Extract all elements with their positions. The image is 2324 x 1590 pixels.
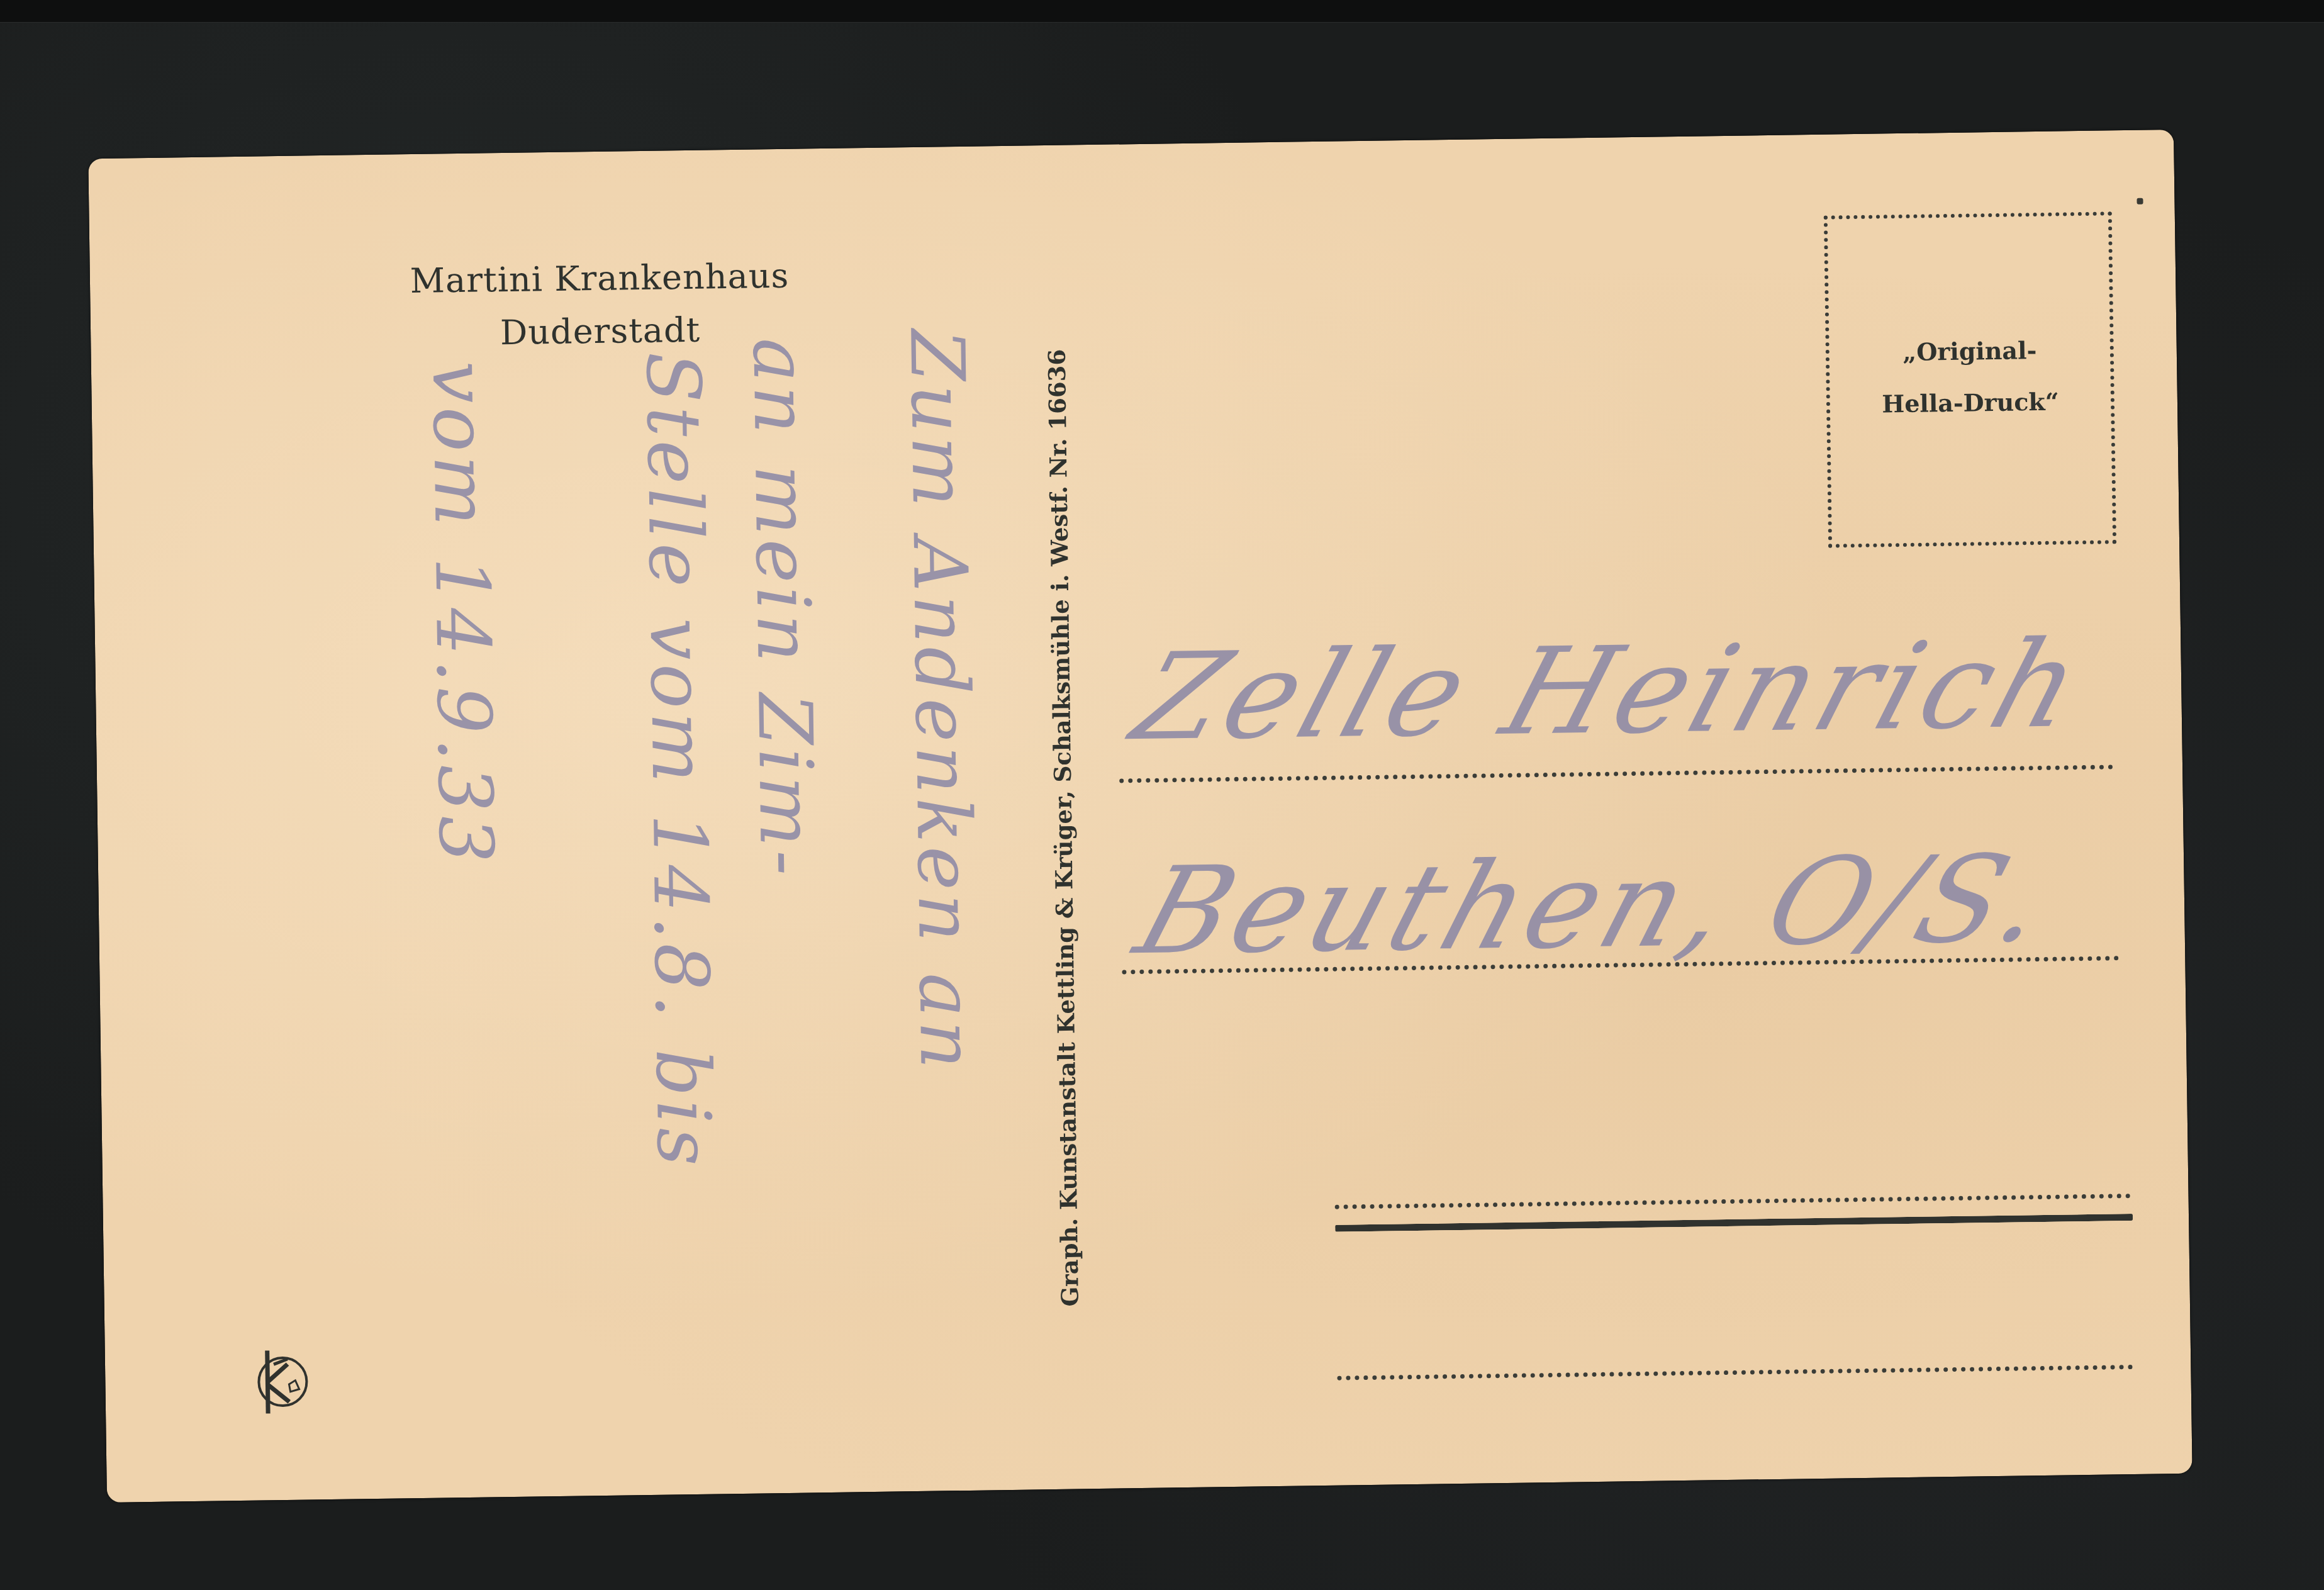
stamp-text-line-1: „Original- xyxy=(1829,323,2110,379)
printer-imprint: Graph. Kunstanstalt Kettling & Krüger, S… xyxy=(1040,255,1087,1401)
handwritten-message-line-4: vom 14.9.33 xyxy=(418,361,507,867)
title-line-1: Martini Krankenhaus xyxy=(335,249,864,309)
stamp-text-line-2: Hella-Druck“ xyxy=(1830,375,2111,430)
handwritten-message-line-1: Zum Andenken an xyxy=(896,329,988,1073)
postcard-back: Martini Krankenhaus Duderstadt Graph. Ku… xyxy=(88,130,2193,1503)
handwritten-message-line-2: an mein Zim- xyxy=(739,337,828,880)
handwritten-address-line-2: Beuthen, O/S. xyxy=(1124,836,2066,975)
address-underline-solid xyxy=(1335,1214,2133,1232)
publisher-logo-icon xyxy=(243,1345,314,1415)
handwritten-address-line-1: Zelle Heinrich xyxy=(1120,622,2099,761)
address-line-4 xyxy=(1337,1365,2133,1380)
stamp-box: „Original- Hella-Druck“ xyxy=(1824,211,2116,547)
handwritten-message-line-3: Stelle vom 14.8. bis xyxy=(632,351,725,1170)
address-line-1 xyxy=(1119,764,2113,783)
stamp-box-text: „Original- Hella-Druck“ xyxy=(1829,323,2111,430)
address-line-3 xyxy=(1335,1194,2131,1209)
scanner-top-strip xyxy=(0,0,2324,23)
ink-speck xyxy=(2137,198,2143,204)
